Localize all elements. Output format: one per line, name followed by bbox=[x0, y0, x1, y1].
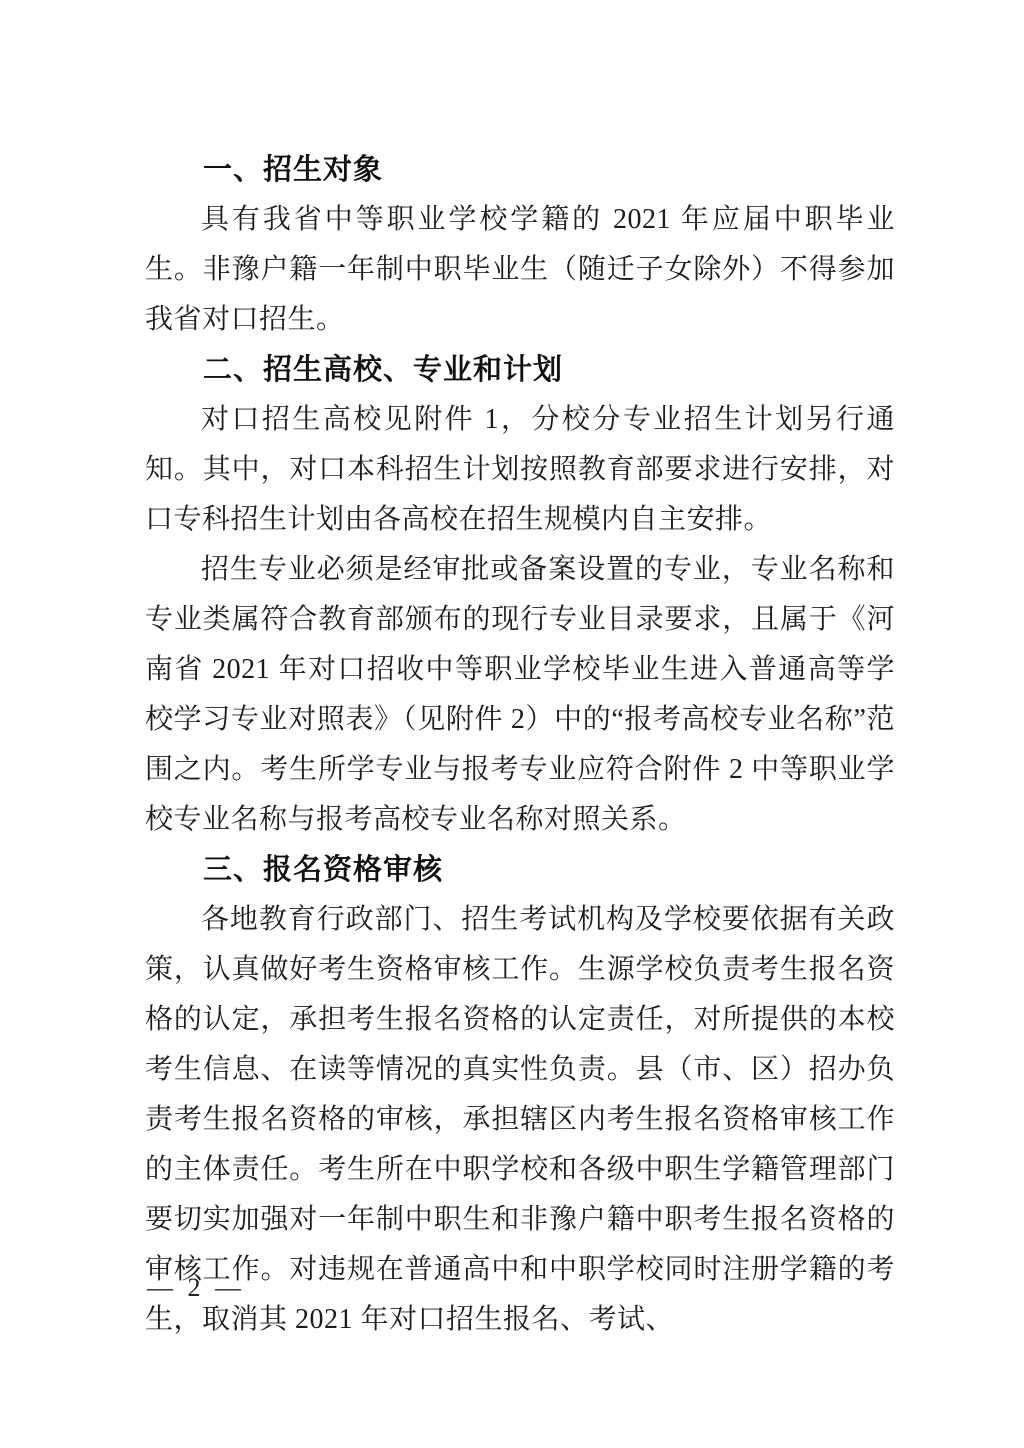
section-heading-registration-qualification-review: 三、报名资格审核 bbox=[145, 845, 895, 895]
section-heading-enrollment-targets: 一、招生对象 bbox=[145, 145, 895, 195]
document-page: 一、招生对象 具有我省中等职业学校学籍的 2021 年应届中职毕业生。非豫户籍一… bbox=[0, 0, 1024, 1448]
paragraph-majors-catalog: 招生专业必须是经审批或备案设置的专业，专业名称和专业类属符合教育部颁布的现行专业… bbox=[145, 545, 895, 845]
page-content: 一、招生对象 具有我省中等职业学校学籍的 2021 年应届中职毕业生。非豫户籍一… bbox=[145, 145, 895, 1345]
paragraph-colleges-plans: 对口招生高校见附件 1，分校分专业招生计划另行通知。其中，对口本科招生计划按照教… bbox=[145, 395, 895, 545]
section-heading-colleges-majors-plans: 二、招生高校、专业和计划 bbox=[145, 345, 895, 395]
page-number: — 2 — bbox=[147, 1263, 245, 1313]
paragraph-qualification-review: 各地教育行政部门、招生考试机构及学校要依据有关政策，认真做好考生资格审核工作。生… bbox=[145, 895, 895, 1345]
paragraph-enrollment-targets: 具有我省中等职业学校学籍的 2021 年应届中职毕业生。非豫户籍一年制中职毕业生… bbox=[145, 195, 895, 345]
